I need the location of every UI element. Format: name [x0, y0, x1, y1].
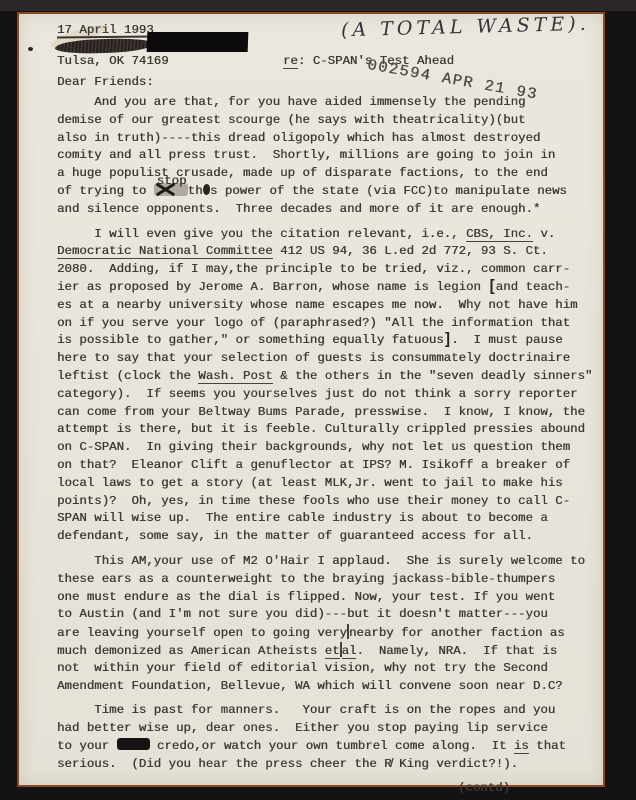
typed-line: much demonized as American Atheists etal…	[57, 642, 605, 660]
typed-line: es at a nearby university whose name esc…	[57, 297, 605, 315]
typed-text: comity and all press trust. Shortly, mil…	[57, 148, 555, 162]
typed-text: And you are that, for you have aided imm…	[57, 95, 525, 109]
paragraph: This AM,your use of M2 O'Hair I applaud.…	[57, 553, 605, 695]
typed-line: local laws to get a story (at least MLK,…	[57, 475, 605, 493]
typed-line: not within your field of editorial visio…	[57, 660, 605, 678]
typed-text: are leaving yourself open to going very	[57, 626, 347, 640]
typed-text: credo,or watch your own tumbrel come alo…	[150, 739, 514, 753]
typed-line: and silence opponents. Three decades and…	[57, 201, 605, 219]
typed-text: on if you serve your logo of (paraphrase…	[57, 316, 570, 330]
typed-text: and silence opponents. Three decades and…	[57, 202, 540, 216]
typed-text: demise of our greatest scourge (he says …	[57, 113, 525, 127]
typed-line: here to say that your selection of guest…	[57, 350, 605, 368]
typed-text: a huge populist crusade, made up of disp…	[57, 166, 548, 180]
contd-note: (contd)	[57, 780, 605, 798]
typed-line: This AM,your use of M2 O'Hair I applaud.…	[57, 553, 605, 571]
salutation: Dear Friends:	[57, 74, 154, 92]
typed-line: demise of our greatest scourge (he says …	[57, 112, 605, 130]
typed-text: these ears as a counterweight to the bra…	[57, 572, 555, 586]
scanned-letter-page: 17 April 1993 Tulsa, OK 74169 re: C-SPAN…	[17, 12, 605, 787]
typed-line: also in truth)----this dread oligopoly w…	[57, 130, 605, 148]
typed-text: much demonized as American Atheists	[57, 644, 325, 658]
underlined-text: CBS, Inc.	[466, 227, 533, 242]
underlined-text: al	[342, 644, 357, 659]
typed-text: Time is past for manners. Your craft is …	[57, 703, 555, 717]
typed-line: one must endure as the dial is flipped. …	[57, 589, 605, 607]
typed-text: SPAN will wise up. The entire cable indu…	[57, 511, 548, 525]
typed-line: SPAN will wise up. The entire cable indu…	[57, 510, 605, 528]
typed-line: on that? Eleanor Clift a genuflector at …	[57, 457, 605, 475]
pen-bracket: ]	[444, 330, 451, 352]
typed-line: Time is past for manners. Your craft is …	[57, 702, 605, 720]
re-label: re	[283, 54, 298, 69]
typed-line: are leaving yourself open to going veryn…	[57, 624, 605, 642]
typed-line: on if you serve your logo of (paraphrase…	[57, 315, 605, 333]
typed-text: can come from your Beltway Bums Parade, …	[57, 405, 585, 419]
typed-text: to Austin (and I'm not sure you did)---b…	[57, 607, 548, 621]
typed-line: points)? Oh, yes, in time these fools wh…	[57, 493, 605, 511]
underlined-text: et	[325, 644, 340, 659]
crossed-out-correction: stop	[154, 183, 188, 196]
typed-text: attempt is there, but it is feeble. Cult…	[57, 422, 585, 436]
underlined-text: Democratic National Committee	[57, 244, 273, 259]
typed-line: Democratic National Committee 412 US 94,…	[57, 243, 605, 261]
typed-line: I will even give you the citation releva…	[57, 226, 605, 244]
typed-line: to your credo,or watch your own tumbrel …	[57, 738, 605, 756]
typed-text: th	[188, 184, 203, 198]
typed-line: had better wise up, dear ones. Either yo…	[57, 720, 605, 738]
typed-line: defendant, some say, in the matter of gu…	[57, 528, 605, 546]
typed-text: Amendment Foundation, Bellevue, WA which…	[57, 679, 563, 693]
typed-text: had better wise up, dear ones. Either yo…	[57, 721, 548, 735]
typed-line: And you are that, for you have aided imm…	[57, 94, 605, 112]
typed-text: not within your field of editorial visio…	[57, 661, 548, 675]
typed-line: ier as proposed by Jerome A. Barron, who…	[57, 279, 605, 297]
paragraph: Time is past for manners. Your craft is …	[57, 702, 605, 773]
typed-text: 2080. Adding, if I may,the principle to …	[57, 262, 570, 276]
ink-blob	[203, 184, 210, 195]
typed-text: es at a nearby university whose name esc…	[57, 298, 578, 312]
typed-text: on that? Eleanor Clift a genuflector at …	[57, 458, 570, 472]
pen-bracket: [	[488, 277, 495, 299]
typed-text: This AM,your use of M2 O'Hair I applaud.…	[57, 554, 585, 568]
letter-body: And you are that, for you have aided imm…	[57, 94, 605, 798]
typed-text: points)? Oh, yes, in time these fools wh…	[57, 494, 570, 508]
typed-text: on C-SPAN. In giving their backgrounds, …	[57, 440, 570, 454]
typed-text: one must endure as the dial is flipped. …	[57, 590, 555, 604]
typed-line: category). If seems you yourselves just …	[57, 386, 605, 404]
handwritten-annotation: (A TOTAL WASTE).	[341, 13, 590, 42]
ink-dot	[28, 47, 33, 51]
typed-line: Amendment Foundation, Bellevue, WA which…	[57, 678, 605, 696]
typed-text: here to say that your selection of guest…	[57, 351, 570, 365]
sender-city: Tulsa, OK 74169	[57, 53, 169, 71]
typed-line: comity and all press trust. Shortly, mil…	[57, 147, 605, 165]
typed-text: . Namely, NRA. If that is	[356, 644, 557, 658]
typed-text: ier as proposed by Jerome A. Barron, who…	[57, 280, 488, 294]
typed-line: attempt is there, but it is feeble. Cult…	[57, 421, 605, 439]
typed-line: is possible to gather," or something equ…	[57, 332, 605, 350]
typed-line: on C-SPAN. In giving their backgrounds, …	[57, 439, 605, 457]
typed-text: v.	[533, 227, 555, 241]
typed-text: serious. (Did you hear the press cheer t…	[57, 757, 518, 771]
inserted-word: stop	[157, 173, 187, 191]
typed-line: a huge populist crusade, made up of disp…	[57, 165, 605, 183]
typed-text: of trying to	[57, 184, 154, 198]
typed-line: these ears as a counterweight to the bra…	[57, 571, 605, 589]
typed-text: local laws to get a story (at least MLK,…	[57, 476, 563, 490]
typed-line: serious. (Did you hear the press cheer t…	[57, 756, 605, 774]
typed-text: s power of the state (via FCC)to manipul…	[210, 184, 567, 198]
typed-text: & the others in the "seven deadly sinner…	[273, 369, 593, 383]
typed-line: can come from your Beltway Bums Parade, …	[57, 404, 605, 422]
typed-text: defendant, some say, in the matter of gu…	[57, 529, 533, 543]
typed-text: 412 US 94, 36 L.ed 2d 772, 93 S. Ct.	[273, 244, 548, 258]
typed-line: leftist (clock the Wash. Post & the othe…	[57, 368, 605, 386]
underlined-text: is	[514, 739, 529, 754]
typed-text: . I must pause	[451, 333, 563, 347]
typed-text: and teach-	[496, 280, 570, 294]
typed-line: of trying to stopths power of the state …	[57, 183, 605, 201]
underlined-text: Wash. Post	[198, 369, 272, 384]
inked-out-word	[117, 738, 150, 750]
paragraph: And you are that, for you have aided imm…	[57, 94, 605, 219]
paragraph: I will even give you the citation releva…	[57, 226, 605, 546]
black-redaction-bar	[147, 32, 249, 52]
typed-text: also in truth)----this dread oligopoly w…	[57, 131, 540, 145]
typed-text: is possible to gather," or something equ…	[57, 333, 444, 347]
typed-line: to Austin (and I'm not sure you did)---b…	[57, 606, 605, 624]
typed-text: I will even give you the citation releva…	[57, 227, 466, 241]
typed-text: that	[529, 739, 566, 753]
typed-text: nearby for another faction as	[349, 626, 565, 640]
typed-text: category). If seems you yourselves just …	[57, 387, 578, 401]
typed-text: to your	[57, 739, 117, 753]
typed-text: leftist (clock the	[57, 369, 198, 383]
typed-line: 2080. Adding, if I may,the principle to …	[57, 261, 605, 279]
